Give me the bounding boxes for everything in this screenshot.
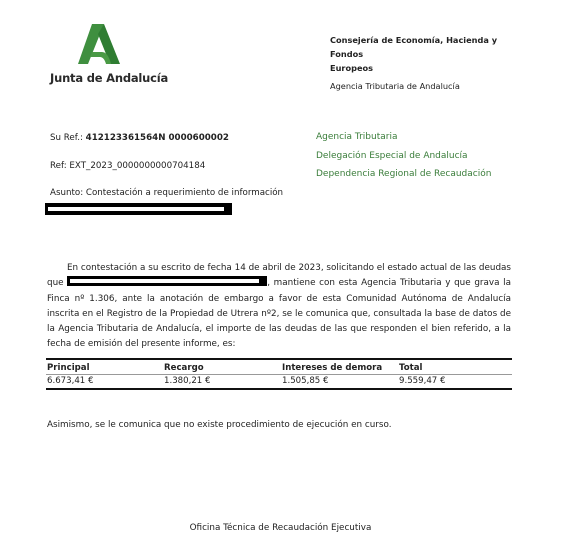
table-row: 6.673,41 € 1.380,21 € 1.505,85 € 9.559,4… [46, 375, 512, 390]
redaction-inline [67, 276, 267, 286]
paragraph-rest: , mantiene con esta Agencia Tributaria y… [47, 278, 511, 349]
header-intereses: Intereses de demora [281, 359, 398, 375]
agency-name: Agencia Tributaria de Andalucía [330, 79, 530, 93]
debts-table-header: Principal Recargo Intereses de demora To… [46, 359, 512, 375]
sender-line1: Agencia Tributaria [316, 132, 398, 142]
redaction-box [45, 203, 232, 215]
department-line2: Europeos [330, 61, 530, 75]
value-intereses: 1.505,85 € [281, 375, 398, 390]
org-name: Junta de Andalucía [50, 71, 168, 85]
header-principal: Principal [46, 359, 163, 375]
ref: Ref: EXT_2023_0000000000704184 [50, 161, 205, 171]
value-total: 9.559,47 € [398, 375, 512, 390]
su-ref-label: Su Ref.: [50, 133, 83, 143]
junta-de-andalucia-logo-icon [78, 24, 120, 70]
header-total: Total [398, 359, 512, 375]
note: Asimismo, se le comunica que no existe p… [47, 420, 392, 430]
asunto: Asunto: Contestación a requerimiento de … [50, 188, 283, 198]
body-paragraph: En contestación a su escrito de fecha 14… [47, 261, 511, 353]
header-recargo: Recargo [163, 359, 281, 375]
sender-line2: Delegación Especial de Andalucía [316, 151, 468, 161]
sender-line3: Dependencia Regional de Recaudación [316, 169, 491, 179]
footer: Oficina Técnica de Recaudación Ejecutiva [0, 523, 561, 533]
debts-table: Principal Recargo Intereses de demora To… [46, 358, 512, 390]
value-principal: 6.673,41 € [46, 375, 163, 390]
su-ref-value: 412123361564N 0000600002 [86, 133, 229, 143]
su-ref: Su Ref.: 412123361564N 0000600002 [50, 133, 229, 143]
department-header: Consejería de Economía, Hacienda y Fondo… [330, 33, 530, 93]
value-recargo: 1.380,21 € [163, 375, 281, 390]
department-line1: Consejería de Economía, Hacienda y Fondo… [330, 33, 530, 61]
